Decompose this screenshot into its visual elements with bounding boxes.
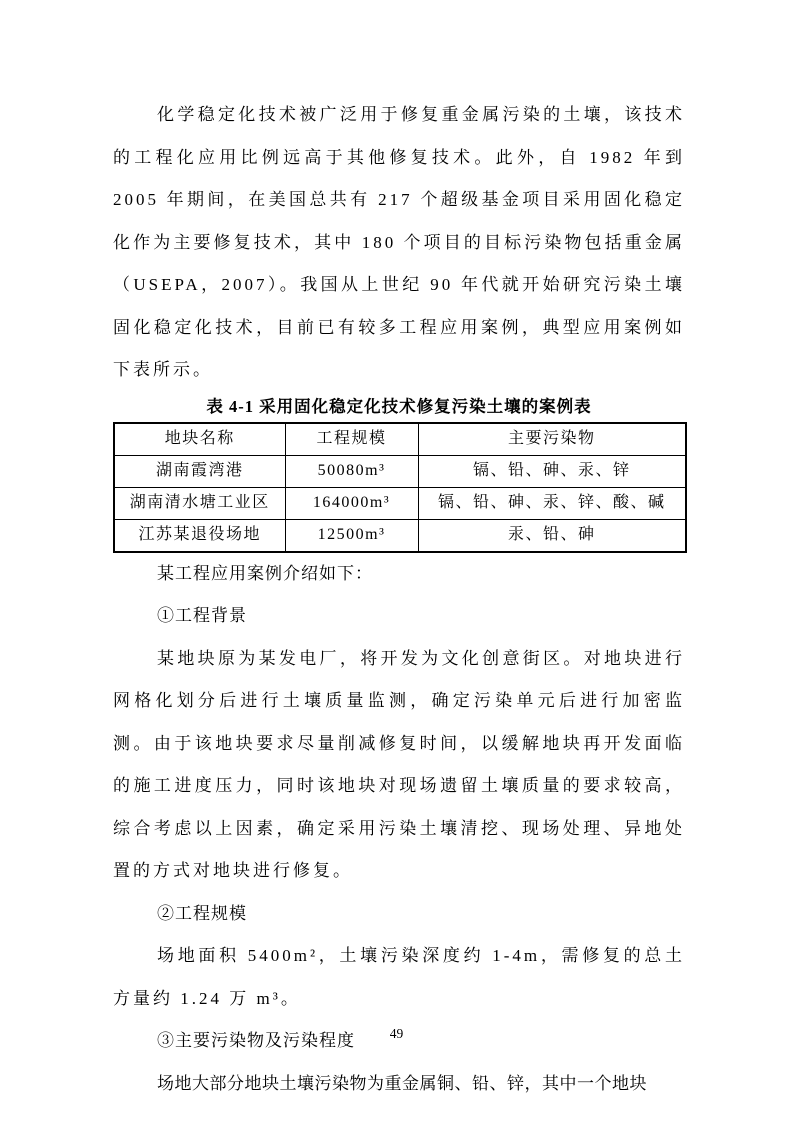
- table-cell-scale: 50080m³: [285, 455, 418, 487]
- table-cell-site: 湖南霞湾港: [114, 455, 285, 487]
- paragraph-overview: 化学稳定化技术被广泛用于修复重金属污染的土壤，该技术的工程化应用比例远高于其他修…: [113, 94, 685, 392]
- page-number: 49: [0, 1024, 793, 1044]
- section-heading-background: ①工程背景: [113, 595, 685, 638]
- table-cell-site: 江苏某退役场地: [114, 519, 285, 552]
- table-cell-site: 湖南清水塘工业区: [114, 487, 285, 519]
- table-header-cell-site: 地块名称: [114, 423, 285, 456]
- document-content: 化学稳定化技术被广泛用于修复重金属污染的土壤，该技术的工程化应用比例远高于其他修…: [113, 94, 685, 1105]
- table-header-cell-pollutants: 主要污染物: [418, 423, 686, 456]
- table-cell-pollutants: 镉、铅、砷、汞、锌、酸、碱: [418, 487, 686, 519]
- paragraph-background: 某地块原为某发电厂，将开发为文化创意街区。对地块进行网格化划分后进行土壤质量监测…: [113, 638, 685, 893]
- table-header-cell-scale: 工程规模: [285, 423, 418, 456]
- section-heading-scale: ②工程规模: [113, 893, 685, 936]
- table-row: 江苏某退役场地 12500m³ 汞、铅、砷: [114, 519, 686, 552]
- table-cell-scale: 12500m³: [285, 519, 418, 552]
- table-row: 湖南霞湾港 50080m³ 镉、铅、砷、汞、锌: [114, 455, 686, 487]
- paragraph-case-intro: 某工程应用案例介绍如下：: [113, 553, 685, 596]
- case-table-header: 地块名称 工程规模 主要污染物: [114, 423, 686, 456]
- table-header-row: 地块名称 工程规模 主要污染物: [114, 423, 686, 456]
- table-cell-pollutants: 汞、铅、砷: [418, 519, 686, 552]
- case-table-body: 湖南霞湾港 50080m³ 镉、铅、砷、汞、锌 湖南清水塘工业区 164000m…: [114, 455, 686, 552]
- paragraph-scale: 场地面积 5400m²，土壤污染深度约 1-4m，需修复的总土方量约 1.24 …: [113, 935, 685, 1020]
- table-row: 湖南清水塘工业区 164000m³ 镉、铅、砷、汞、锌、酸、碱: [114, 487, 686, 519]
- document-page: 化学稳定化技术被广泛用于修复重金属污染的土壤，该技术的工程化应用比例远高于其他修…: [0, 0, 793, 1122]
- table-caption: 表 4-1 采用固化稳定化技术修复污染土壤的案例表: [113, 392, 685, 422]
- table-cell-pollutants: 镉、铅、砷、汞、锌: [418, 455, 686, 487]
- paragraph-pollutants: 场地大部分地块土壤污染物为重金属铜、铅、锌，其中一个地块: [113, 1063, 685, 1106]
- case-table: 地块名称 工程规模 主要污染物 湖南霞湾港 50080m³ 镉、铅、砷、汞、锌 …: [113, 422, 687, 553]
- table-cell-scale: 164000m³: [285, 487, 418, 519]
